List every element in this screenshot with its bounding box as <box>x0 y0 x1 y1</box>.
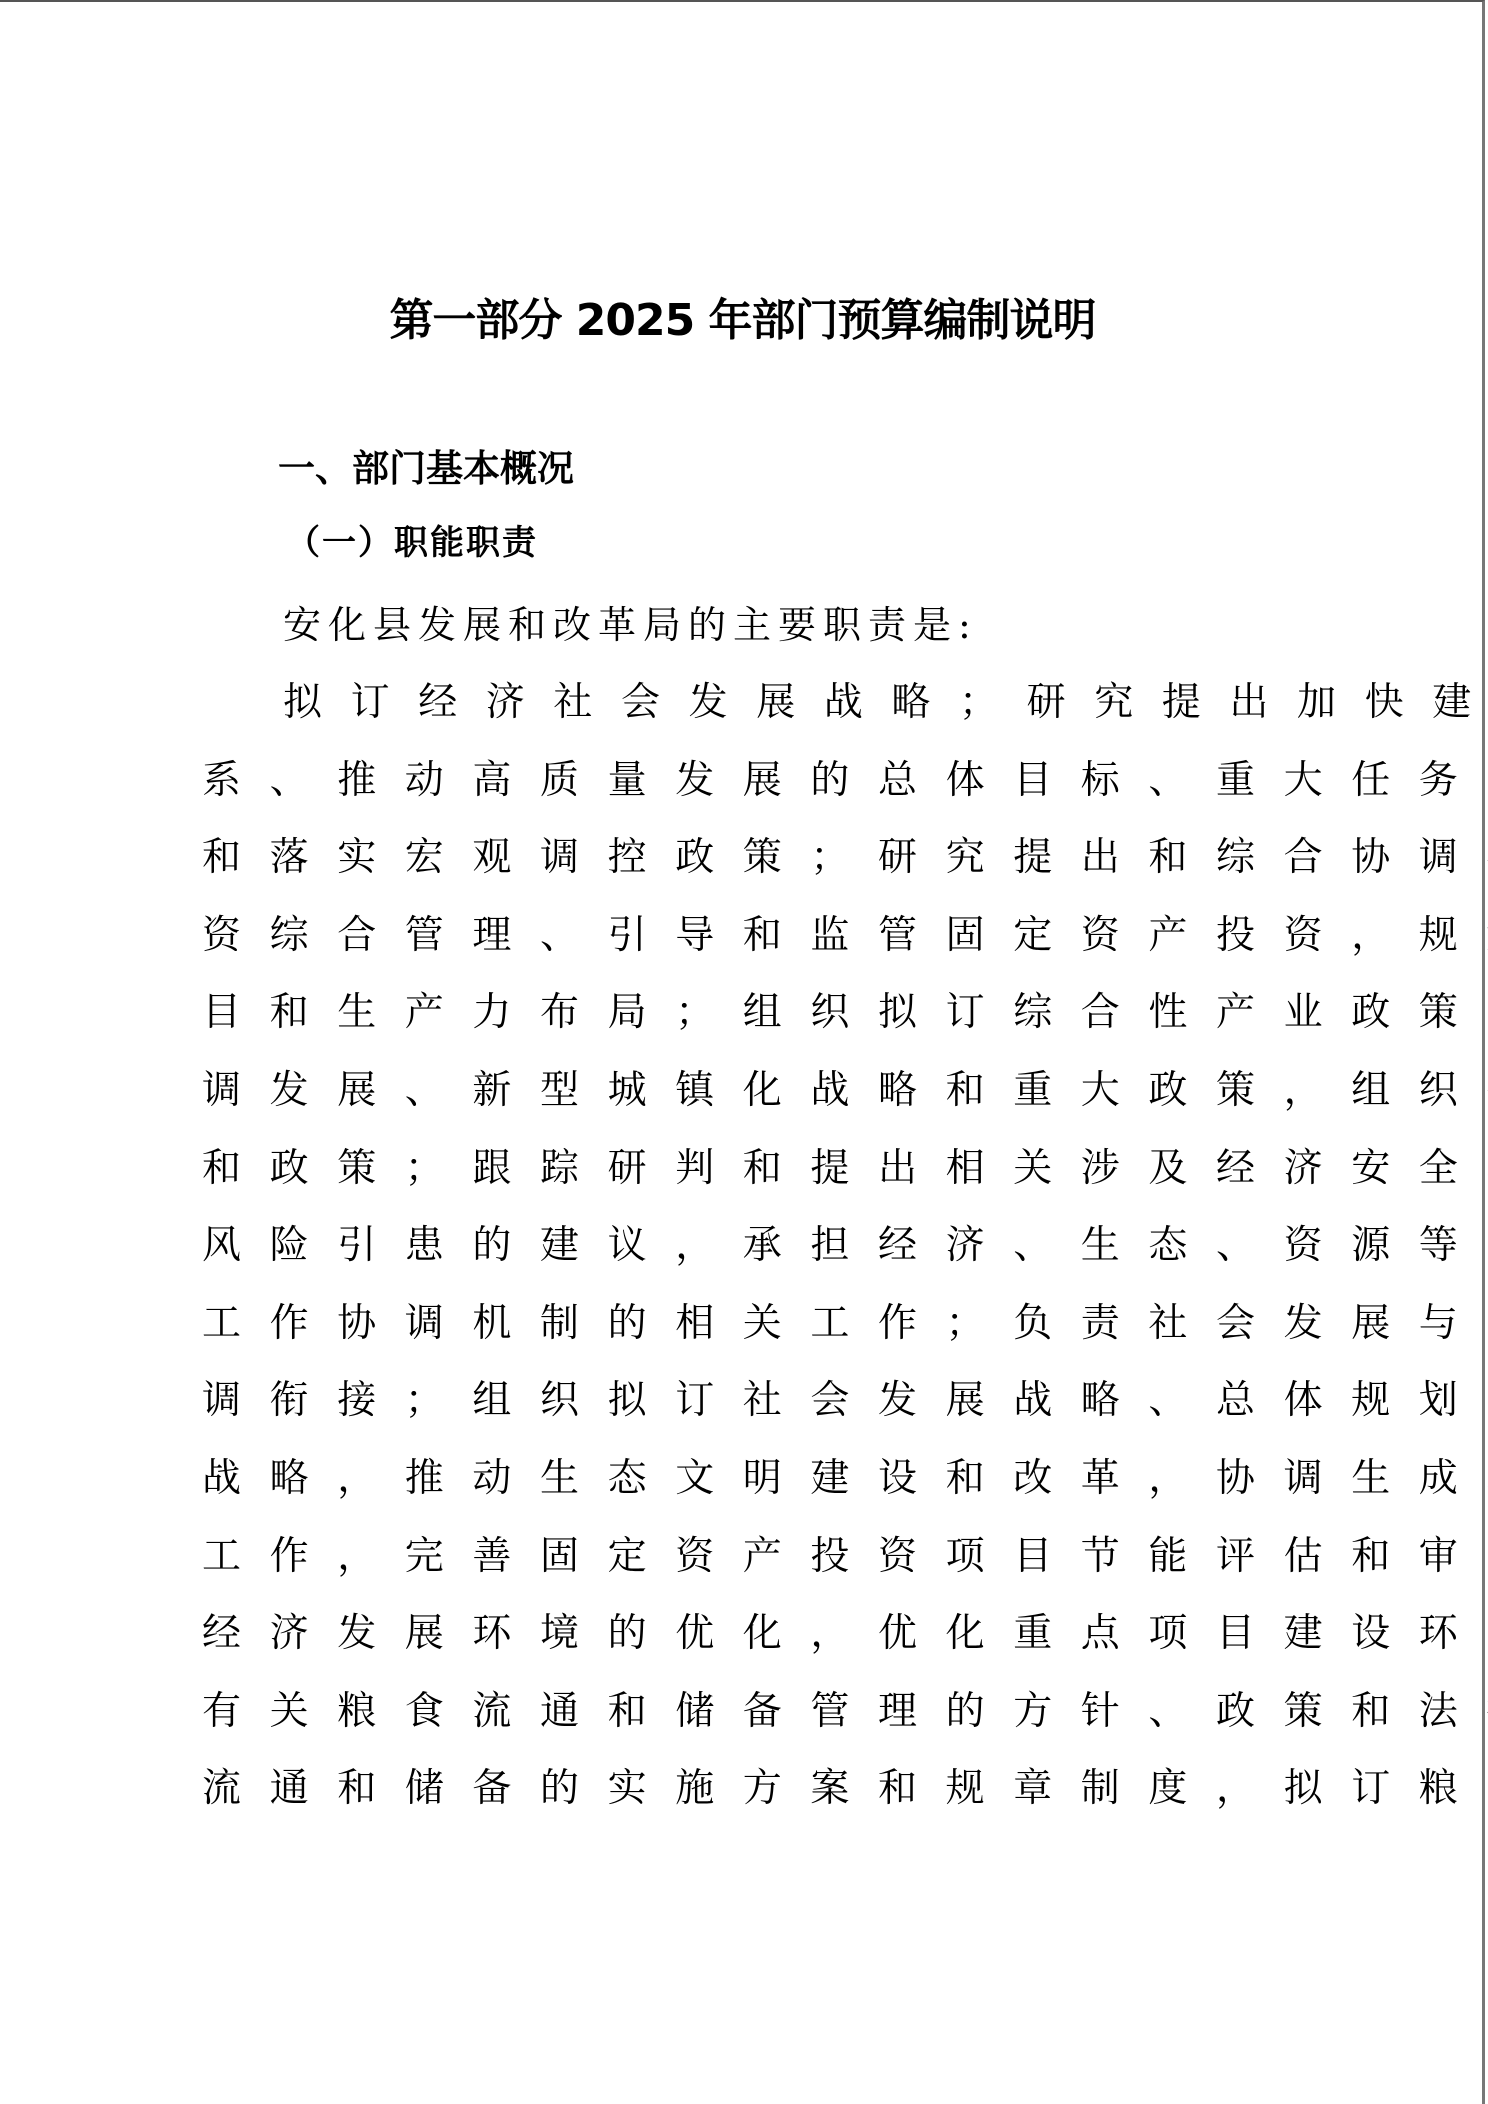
paragraph-line: 和政策；跟踪研判和提出相关涉及经济安全、生态安全等各类 <box>202 1144 1302 1222</box>
paragraph-line: 战略，推动生态文明建设和改革，协调生成环境保护与修复等 <box>202 1454 1302 1532</box>
paragraph-line: 工作，完善固定资产投资项目节能评估和审查制度；协调推进 <box>202 1532 1302 1610</box>
paragraph-line: 拟订经济社会发展战略；研究提出加快建设现代化经济体 <box>202 678 1302 756</box>
paragraph-line: 系、推动高质量发展的总体目标、重大任务以及相关政策;贯彻 <box>202 756 1302 834</box>
subsection-heading: （一）职能职责 <box>286 515 538 564</box>
paragraph-line: 流通和储备的实施方案和规章制度，拟订粮食流通和储备的发 <box>202 1764 1302 1842</box>
section-heading: 一、部门基本概况 <box>278 438 574 492</box>
paragraph-line: 和落实宏观调控政策；研究提出和综合协调各项政策；负责投 <box>202 833 1302 911</box>
paragraph-line: 有关粮食流通和储备管理的方针、政策和法律法规，拟订粮食 <box>202 1687 1302 1765</box>
paragraph-line: 调发展、新型城镇化战略和重大政策，组织拟订相关区域规划 <box>202 1066 1302 1144</box>
page-title: 第一部分 2025 年部门预算编制说明 <box>0 284 1485 348</box>
paragraph-line: 资综合管理、引导和监管固定资产投资，规划全县重大建设项 <box>202 911 1302 989</box>
paragraph-line: 风险引患的建议，承担经济、生态、资源等重点领域国家安全 <box>202 1221 1302 1299</box>
duties-paragraph: 拟订经济社会发展战略；研究提出加快建设现代化经济体 系、推动高质量发展的总体目标… <box>202 678 1302 1842</box>
paragraph-line: 经济发展环境的优化，优化重点项目建设环境；贯彻执行各级 <box>202 1609 1302 1687</box>
intro-paragraph: 安化县发展和改革局的主要职责是: <box>283 594 978 649</box>
paragraph-line: 调衔接；组织拟订社会发展战略、总体规划。推进可持续发展 <box>202 1376 1302 1454</box>
document-page: 第一部分 2025 年部门预算编制说明 一、部门基本概况 （一）职能职责 安化县… <box>0 0 1485 2104</box>
paragraph-line: 工作协调机制的相关工作；负责社会发展与国民经济的政策协 <box>202 1299 1302 1377</box>
paragraph-line: 目和生产力布局；组织拟订综合性产业政策；推进落实区域协 <box>202 988 1302 1066</box>
